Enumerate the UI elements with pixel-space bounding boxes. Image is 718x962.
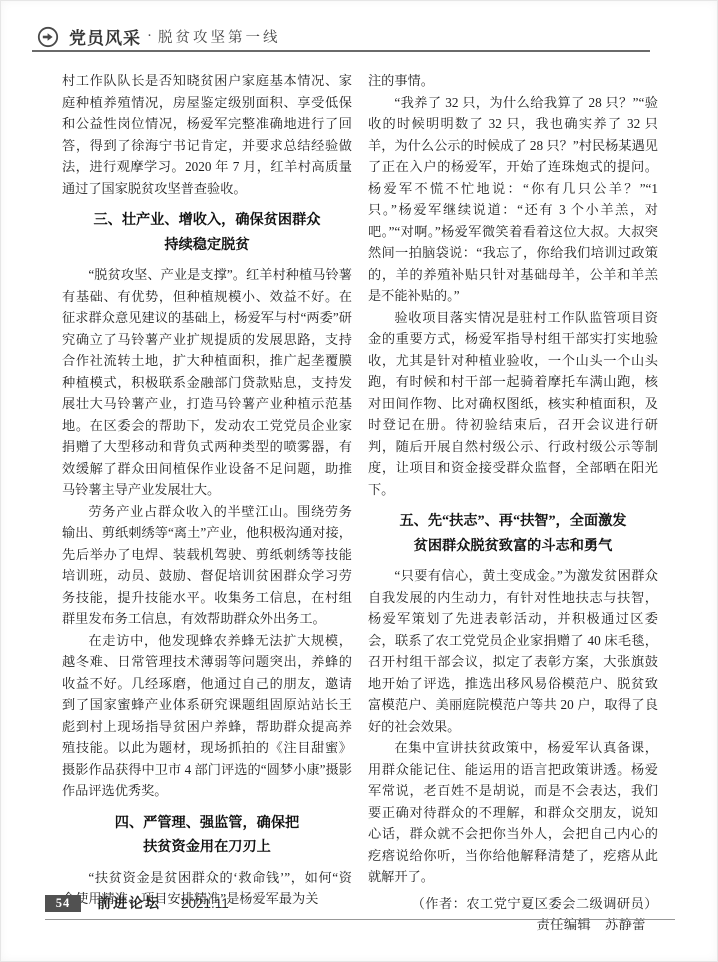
- paragraph: 村工作队队长是否知晓贫困户家庭基本情况、家庭种植养殖情况，房屋鉴定级别面积、享受…: [62, 70, 352, 199]
- paragraph: 验收项目落实情况是驻村工作队监管项目资金的重要方式，杨爱军指导村组干部实打实地验…: [368, 307, 658, 501]
- paragraph: 注的事情。: [368, 70, 658, 92]
- magazine-page: 党员风采 · 脱贫攻坚第一线 村工作队队长是否知晓贫困户家庭基本情况、家庭种植养…: [0, 0, 718, 962]
- page-number-badge: 54: [45, 895, 81, 912]
- section-heading-3: 三、壮产业、增收入，确保贫困群众 持续稳定脱贫: [62, 208, 352, 257]
- heading-line: 扶贫资金用在刀刃上: [62, 835, 352, 860]
- article-body: 村工作队队长是否知晓贫困户家庭基本情况、家庭种植养殖情况，房屋鉴定级别面积、享受…: [62, 70, 658, 936]
- header-separator-dot: ·: [147, 28, 152, 45]
- page-footer: 54 前进论坛 2021.11: [45, 893, 675, 920]
- heading-line: 三、壮产业、增收入，确保贫困群众: [62, 208, 352, 233]
- column-topic-title: 脱贫攻坚第一线: [158, 26, 281, 47]
- heading-line: 持续稳定脱贫: [62, 233, 352, 258]
- column-section-title: 党员风采: [69, 24, 141, 49]
- right-column: 注的事情。 “我养了 32 只，为什么给我算了 28 只？”“验收的时候明明数了…: [368, 70, 658, 936]
- paragraph: 在走访中，他发现蜂农养蜂无法扩大规模，越冬难、日常管理技术薄弱等问题突出，养蜂的…: [62, 630, 352, 802]
- paragraph: “脱贫攻坚、产业是支撑”。红羊村种植马铃薯有基础、有优势，但种植规模小、效益不好…: [62, 264, 352, 501]
- page-header: 党员风采 · 脱贫攻坚第一线: [37, 24, 281, 49]
- header-rule: [32, 50, 650, 52]
- heading-line: 五、先“扶志”、再“扶智”，全面激发: [368, 509, 658, 534]
- paragraph: “我养了 32 只，为什么给我算了 28 只？”“验收的时候明明数了 32 只，…: [368, 92, 658, 307]
- left-column: 村工作队队长是否知晓贫困户家庭基本情况、家庭种植养殖情况，房屋鉴定级别面积、享受…: [62, 70, 352, 936]
- section-heading-5: 五、先“扶志”、再“扶智”，全面激发 贫困群众脱贫致富的斗志和勇气: [368, 509, 658, 558]
- section-heading-4: 四、严管理、强监管，确保把 扶贫资金用在刀刃上: [62, 811, 352, 860]
- heading-line: 四、严管理、强监管，确保把: [62, 811, 352, 836]
- paragraph: “只要有信心，黄土变成金。”为激发贫困群众自我发展的内生动力，有针对性地扶志与扶…: [368, 565, 658, 737]
- journal-name: 前进论坛: [97, 893, 161, 913]
- heading-line: 贫困群众脱贫致富的斗志和勇气: [368, 534, 658, 559]
- paragraph: 劳务产业占群众收入的半壁江山。围绕劳务输出、剪纸刺绣等“离土”产业，他积极沟通对…: [62, 501, 352, 630]
- footer-row: 54 前进论坛 2021.11: [45, 893, 675, 913]
- circle-arrow-right-icon: [37, 26, 59, 48]
- footer-rule: [45, 919, 675, 920]
- issue-number: 2021.11: [181, 896, 229, 911]
- paragraph: 在集中宣讲扶贫政策中，杨爱军认真备课，用群众能记住、能运用的语言把政策讲透。杨爱…: [368, 737, 658, 888]
